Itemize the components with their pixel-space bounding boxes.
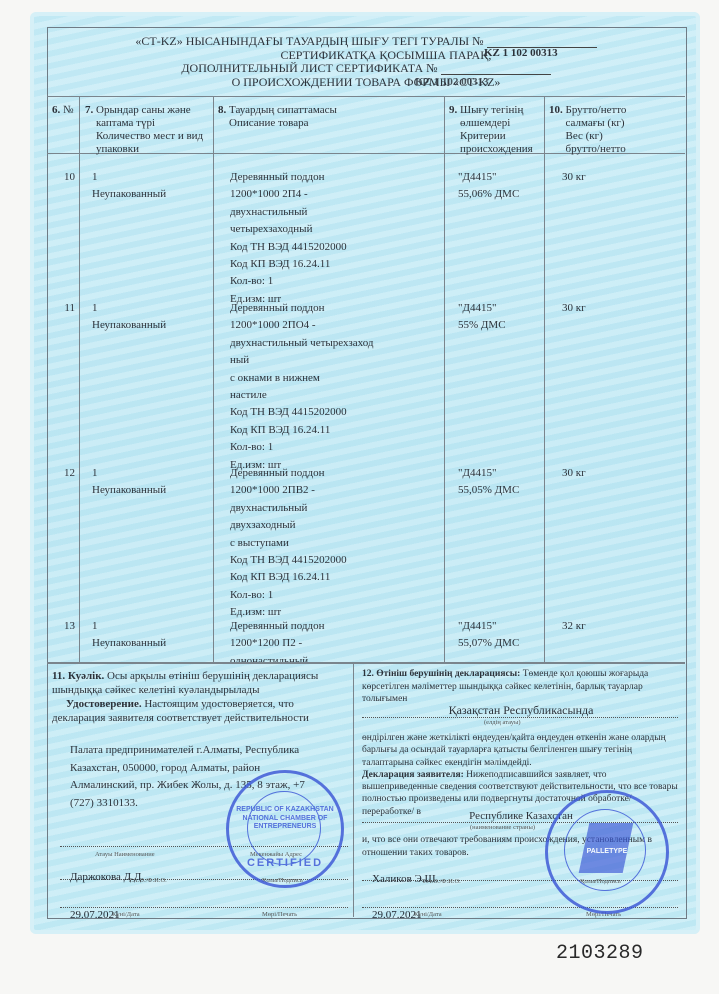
caption-country-kz: (елдің атауы) [484, 719, 520, 726]
description-line: двухзаходный [230, 517, 440, 534]
description-line: настиле [230, 387, 440, 404]
row-quantity: 1 [92, 300, 98, 317]
row-criteria: "Д4415"55,07% ДМС [458, 618, 543, 653]
description-line: однонастильный [230, 653, 440, 662]
row-number: 10 [47, 169, 75, 186]
description-line: Деревянный поддон [230, 618, 440, 635]
row-description: Деревянный поддон1200*1000 2ПВ2 -двухнас… [230, 465, 440, 622]
row-description: Деревянный поддон1200*1000 2П4 -двухнаст… [230, 169, 440, 308]
row-criteria: "Д4415"55% ДМС [458, 300, 543, 335]
row-packaging: Неупакованный [92, 186, 166, 203]
caption-fio-12: Т.А.Ә./Ф.И.О. [422, 878, 461, 885]
row-weight: 30 кг [562, 465, 586, 482]
box-divider [353, 662, 354, 917]
description-line: с окнами в нижнем [230, 370, 440, 387]
caption-fio: Т.А.Ә./Ф.И.О. [128, 877, 167, 884]
description-line: Код КП ВЭД 16.24.11 [230, 256, 440, 273]
description-line: Деревянный поддон [230, 465, 440, 482]
description-line: двухнастильный [230, 204, 440, 221]
company-seal-stamp: PALLETYPE [545, 790, 669, 914]
table-bottom-border [47, 662, 685, 664]
row-packaging: Неупакованный [92, 317, 166, 334]
row-quantity: 1 [92, 169, 98, 186]
box12-country-kz: Қазақстан Республикасында [362, 703, 680, 717]
description-line: 1200*1000 2ПО4 - [230, 317, 440, 334]
row-description: Деревянный поддон1200*1200 П2 -однонасти… [230, 618, 440, 662]
row-criteria: "Д4415"55,06% ДМС [458, 169, 543, 204]
description-line: Код ТН ВЭД 4415202000 [230, 404, 440, 421]
caption-seal: Мөрі/Печать [262, 911, 297, 918]
description-line: двухнастильный четырехзаход [230, 335, 440, 352]
row-packaging: Неупакованный [92, 635, 166, 652]
criteria-line: 55% ДМС [458, 317, 543, 334]
criteria-line: "Д4415" [458, 169, 543, 186]
description-line: двухнастильный [230, 500, 440, 517]
row-weight: 32 кг [562, 618, 586, 635]
serial-number: 2103289 [556, 942, 644, 965]
chamber-seal-stamp: REPUBLIC OF KAZAKHSTAN NATIONAL CHAMBER … [226, 770, 344, 888]
description-line: Код КП ВЭД 16.24.11 [230, 569, 440, 586]
description-line: Кол-во: 1 [230, 273, 440, 290]
caption-date: Күні/Дата [112, 911, 140, 918]
description-line: 1200*1200 П2 - [230, 635, 440, 652]
box12-declaration-kz: 12. Өтініш берушінің декларациясы: Төмен… [362, 668, 680, 706]
description-line: Деревянный поддон [230, 300, 440, 317]
row-number: 11 [47, 300, 75, 317]
criteria-line: "Д4415" [458, 618, 543, 635]
description-line: Код ТН ВЭД 4415202000 [230, 239, 440, 256]
criteria-line: "Д4415" [458, 300, 543, 317]
row-weight: 30 кг [562, 169, 586, 186]
criteria-line: 55,05% ДМС [458, 482, 543, 499]
description-line: 1200*1000 2П4 - [230, 186, 440, 203]
row-packaging: Неупакованный [92, 482, 166, 499]
row-quantity: 1 [92, 465, 98, 482]
description-line: Код ТН ВЭД 4415202000 [230, 552, 440, 569]
description-line: Кол-во: 1 [230, 587, 440, 604]
caption-country-ru: (наименование страны) [470, 824, 535, 831]
caption-date-12: Күні/Дата [414, 911, 442, 918]
table-body: 101НеупакованныйДеревянный поддон1200*10… [0, 0, 719, 662]
caption-name: Атауы Наименование [95, 851, 155, 858]
box11-certification-text: 11. Куәлік. Осы арқылы өтініш берушінің … [52, 669, 350, 725]
description-line: Кол-во: 1 [230, 439, 440, 456]
criteria-line: 55,07% ДМС [458, 635, 543, 652]
box11-date-line [60, 907, 348, 908]
row-weight: 30 кг [562, 300, 586, 317]
description-line: ный [230, 352, 440, 369]
row-description: Деревянный поддон1200*1000 2ПО4 -двухнас… [230, 300, 440, 474]
row-number: 13 [47, 618, 75, 635]
row-number: 12 [47, 465, 75, 482]
description-line: с выступами [230, 535, 440, 552]
criteria-line: "Д4415" [458, 465, 543, 482]
description-line: четырехзаходный [230, 221, 440, 238]
description-line: Код КП ВЭД 16.24.11 [230, 422, 440, 439]
description-line: Деревянный поддон [230, 169, 440, 186]
description-line: 1200*1000 2ПВ2 - [230, 482, 440, 499]
country-kz-line [362, 717, 678, 718]
criteria-line: 55,06% ДМС [458, 186, 543, 203]
row-criteria: "Д4415"55,05% ДМС [458, 465, 543, 500]
row-quantity: 1 [92, 618, 98, 635]
